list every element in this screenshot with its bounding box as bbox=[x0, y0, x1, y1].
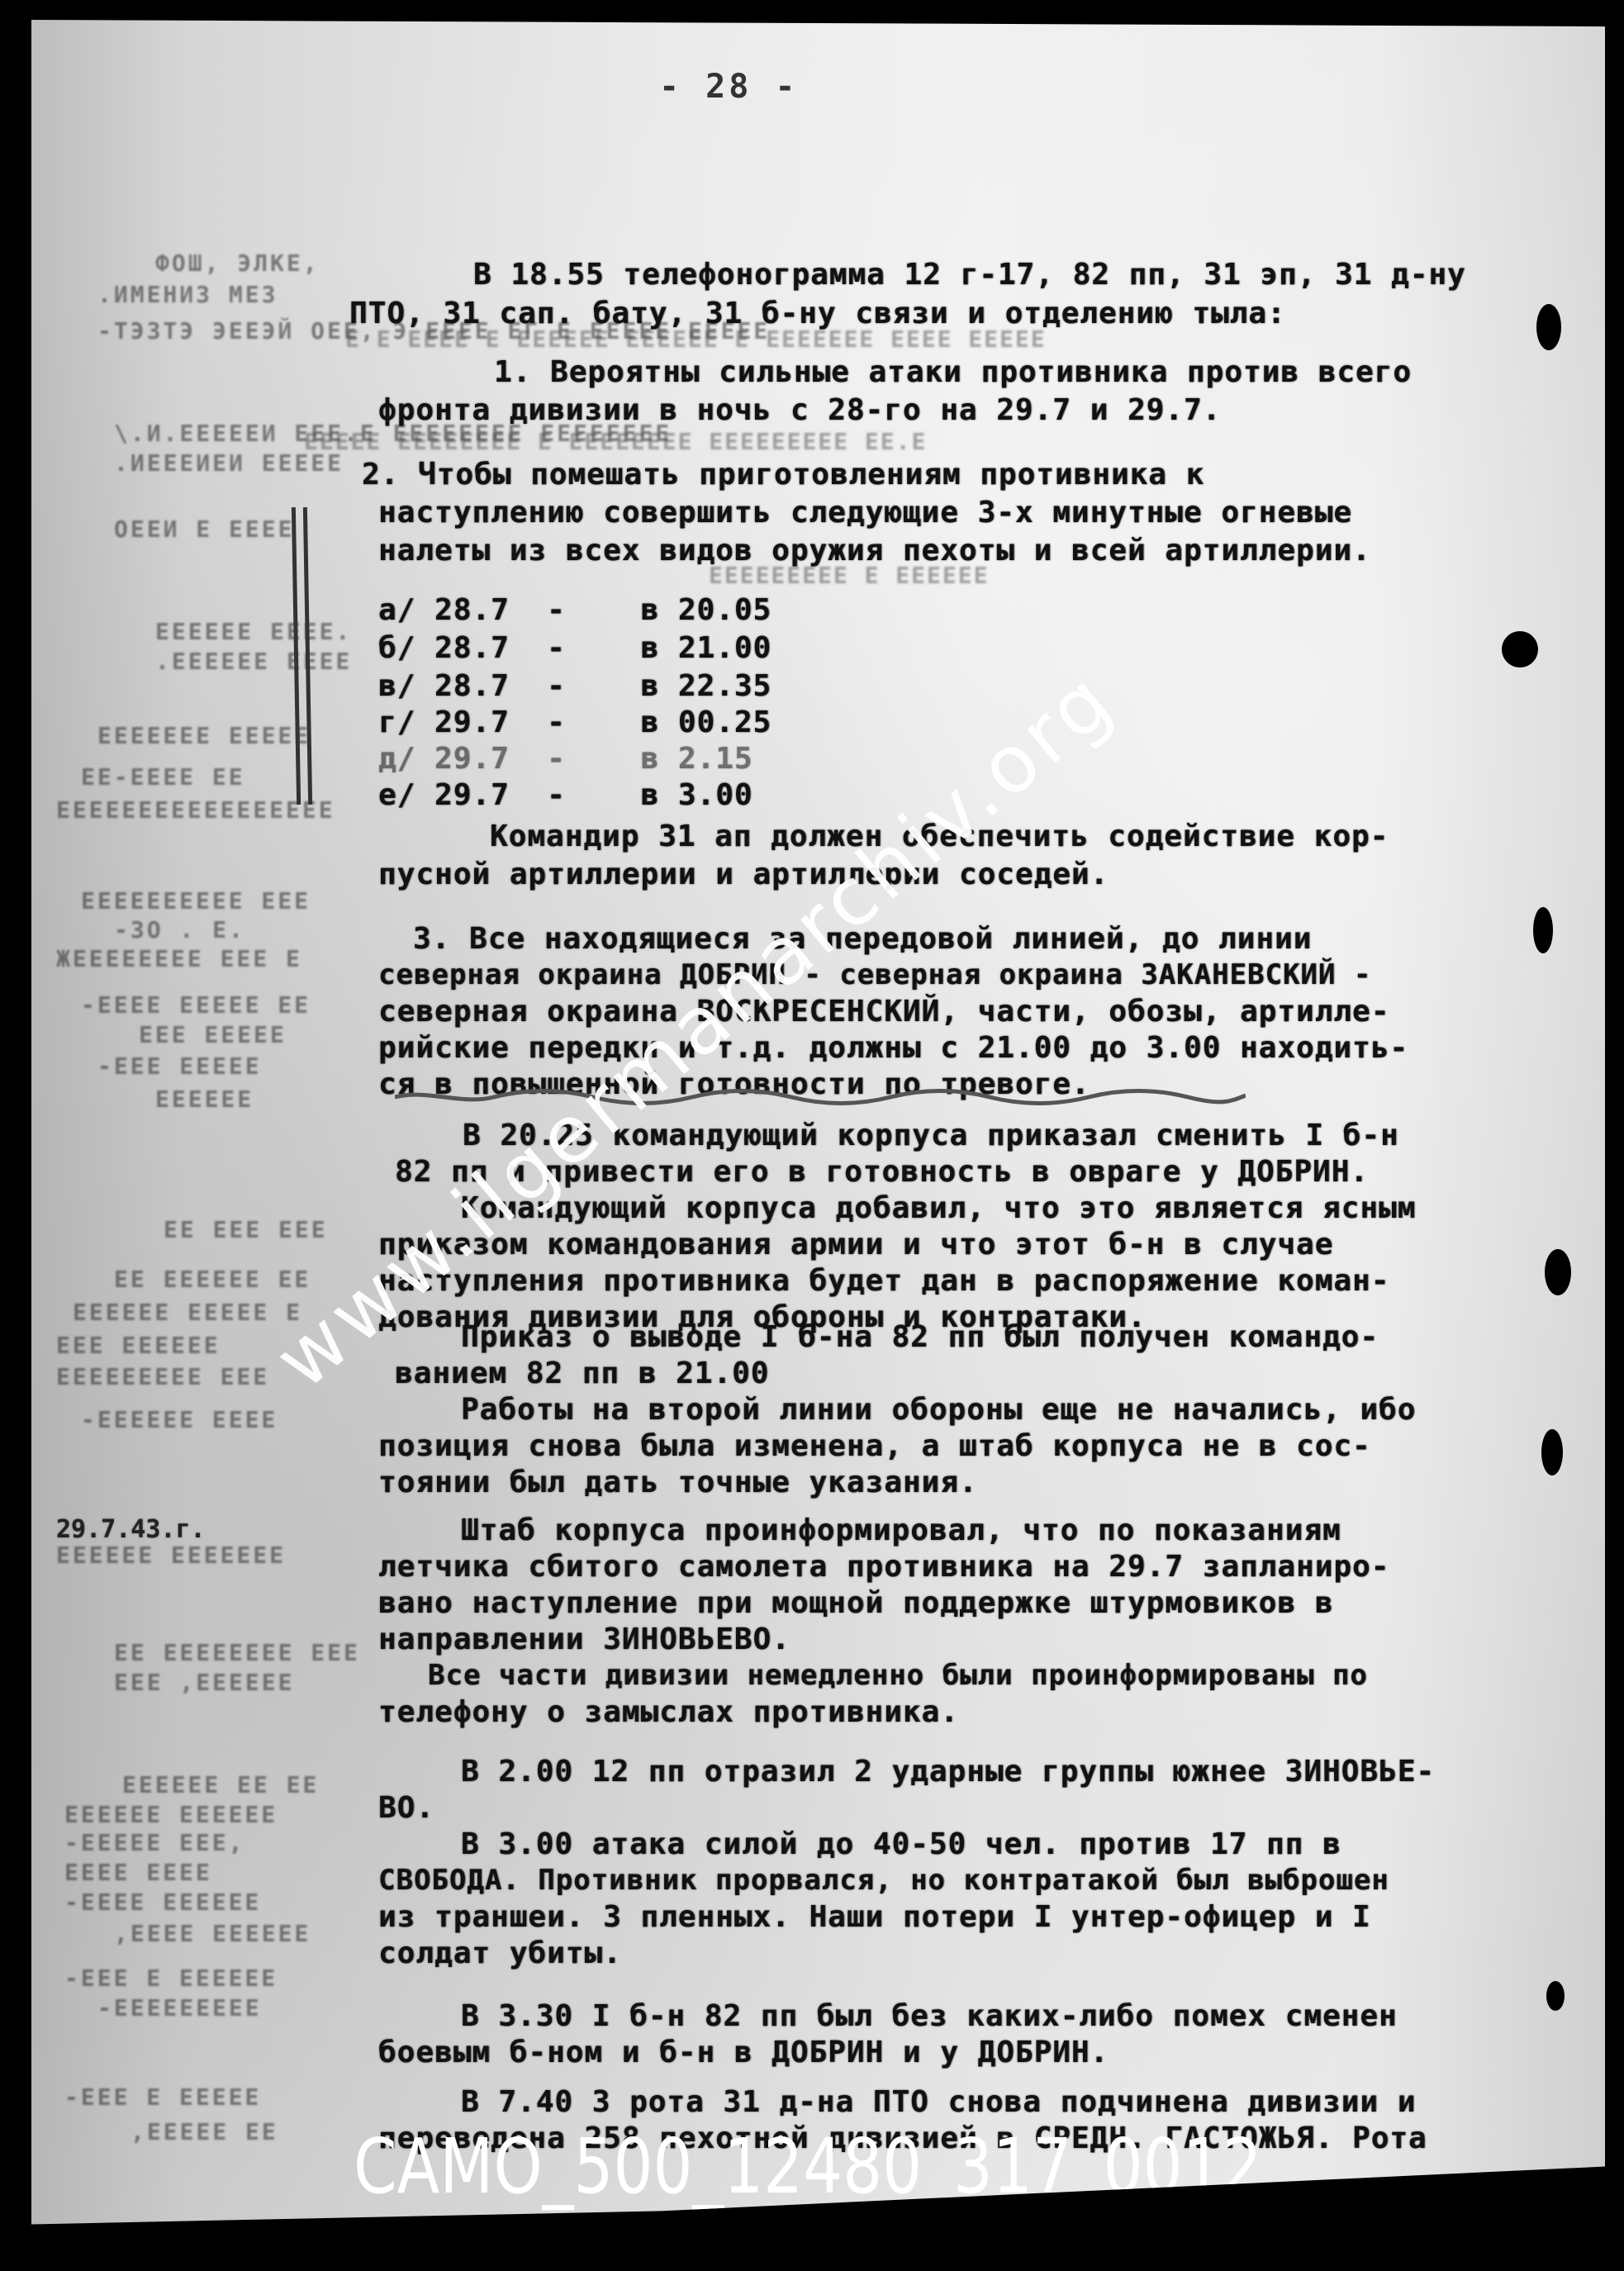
ink-blot bbox=[1541, 1429, 1563, 1475]
schedule-time: в 2.15 bbox=[641, 742, 753, 776]
text-line: В 3.00 атака силой до 40-50 чел. против … bbox=[461, 1827, 1341, 1861]
ink-blot bbox=[1502, 631, 1538, 668]
text-line: 1. Вероятны сильные атаки противника про… bbox=[494, 355, 1412, 389]
text-line: боевым б-ном и б-н в ДОБРИН и у ДОБРИН. bbox=[378, 2036, 1109, 2069]
document-body: В 18.55 телефонограмма 12 г-17, 82 пп, 3… bbox=[31, 20, 1605, 2242]
schedule-letter: а/ bbox=[378, 593, 415, 627]
text-line: ВО. bbox=[378, 1791, 434, 1825]
schedule-time: в 22.35 bbox=[641, 669, 772, 703]
schedule-date: 28.7 bbox=[434, 669, 510, 703]
schedule-letter: в/ bbox=[378, 669, 415, 703]
schedule-letter: б/ bbox=[378, 631, 415, 665]
text-line: Работы на второй линии обороны еще не на… bbox=[461, 1393, 1416, 1427]
text-line: тоянии был дать точные указания. bbox=[378, 1466, 978, 1499]
text-line: позиция снова была изменена, а штаб корп… bbox=[378, 1429, 1371, 1463]
text-line: фронта дивизии в ночь с 28-го на 29.7 и … bbox=[378, 393, 1221, 427]
text-line: северная окраина ДОБРИН - северная окраи… bbox=[378, 958, 1371, 991]
text-line: В 3.30 I б-н 82 пп был без каких-либо по… bbox=[461, 1999, 1398, 2033]
text-line: 2. Чтобы помешать приготовлениям противн… bbox=[362, 458, 1204, 492]
schedule-time: в 00.25 bbox=[641, 706, 772, 739]
schedule-time: в 3.00 bbox=[641, 778, 753, 812]
schedule-letter: е/ bbox=[378, 778, 415, 812]
text-line: Приказ о выводе I б-на 82 пп был получен… bbox=[461, 1320, 1379, 1354]
text-line: ПТО, 31 сап. бату, 31 б-ну связи и отдел… bbox=[349, 297, 1286, 330]
text-line: северная окраина ВОСКРЕСЕНСКИЙ, части, о… bbox=[378, 995, 1389, 1029]
schedule-date: 28.7 bbox=[434, 631, 510, 665]
text-line: рийские передки и т.д. должны с 21.00 до… bbox=[378, 1031, 1408, 1065]
schedule-row: г/ 29.7 - в 00.25 bbox=[378, 706, 772, 739]
date-margin-note: 29.7.43.г. bbox=[56, 1515, 206, 1544]
ink-blot bbox=[1545, 1249, 1571, 1295]
schedule-dash: - bbox=[547, 669, 566, 703]
schedule-date: 29.7 bbox=[434, 706, 510, 739]
schedule-time: в 21.00 bbox=[641, 631, 772, 665]
schedule-row: е/ 29.7 - в 3.00 bbox=[378, 778, 753, 812]
schedule-row: б/ 28.7 - в 21.00 bbox=[378, 631, 772, 665]
schedule-dash: - bbox=[547, 706, 566, 739]
schedule-row: в/ 28.7 - в 22.35 bbox=[378, 669, 772, 703]
ink-blot bbox=[1533, 907, 1553, 953]
schedule-dash: - bbox=[547, 742, 566, 776]
schedule-dash: - bbox=[547, 593, 566, 627]
text-line: В 18.55 телефонограмма 12 г-17, 82 пп, 3… bbox=[473, 258, 1466, 292]
text-line: пусной артиллерии и артиллерии соседей. bbox=[378, 858, 1109, 891]
text-line: солдат убиты. bbox=[378, 1936, 622, 1970]
text-line: летчика сбитого самолета противника на 2… bbox=[378, 1550, 1389, 1584]
schedule-date: 29.7 bbox=[434, 742, 510, 776]
text-line: ванием 82 пп в 21.00 bbox=[395, 1356, 769, 1390]
schedule-row: а/ 28.7 - в 20.05 bbox=[378, 593, 772, 627]
text-line: СВОБОДА. Противник прорвался, но контрат… bbox=[378, 1864, 1389, 1897]
text-line: Все части дивизии немедленно были проинф… bbox=[428, 1659, 1368, 1692]
ink-blot bbox=[1536, 304, 1561, 350]
schedule-dash: - bbox=[547, 631, 566, 665]
text-line: из траншеи. 3 пленных. Наши потери I унт… bbox=[378, 1900, 1371, 1934]
text-line: В 7.40 3 рота 31 д-на ПТО снова подчинен… bbox=[461, 2085, 1416, 2119]
schedule-time: в 20.05 bbox=[641, 593, 772, 627]
schedule-letter: г/ bbox=[378, 706, 415, 739]
text-line: телефону о замыслах противника. bbox=[378, 1695, 959, 1729]
schedule-row: д/ 29.7 - в 2.15 bbox=[378, 742, 753, 776]
text-line: Штаб корпуса проинформировал, что по пок… bbox=[461, 1513, 1341, 1547]
schedule-letter: д/ bbox=[378, 742, 415, 776]
text-line: Командующий корпуса добавил, что это явл… bbox=[461, 1191, 1416, 1225]
schedule-dash: - bbox=[547, 778, 566, 812]
schedule-date: 28.7 bbox=[434, 593, 510, 627]
text-line: наступления противника будет дан в распо… bbox=[378, 1264, 1389, 1298]
ink-blot bbox=[1546, 1981, 1565, 2011]
handwritten-underline bbox=[395, 1087, 1246, 1107]
document-page: - 28 - ФОШ, ЭЛКЕ, .ИМЕНИЗ МЕЗ -ТЭЗТЭ ЭЕЕ… bbox=[31, 20, 1605, 2242]
text-line: вано наступление при мощной поддержке шт… bbox=[378, 1586, 1333, 1620]
text-line: наступлению совершить следующие 3-х мину… bbox=[378, 496, 1352, 530]
text-line: налеты из всех видов оружия пехоты и все… bbox=[378, 534, 1371, 568]
text-line: В 2.00 12 пп отразил 2 ударные группы юж… bbox=[461, 1755, 1435, 1789]
text-line: направлении ЗИНОВЬЕВО. bbox=[378, 1622, 791, 1656]
schedule-date: 29.7 bbox=[434, 778, 510, 812]
